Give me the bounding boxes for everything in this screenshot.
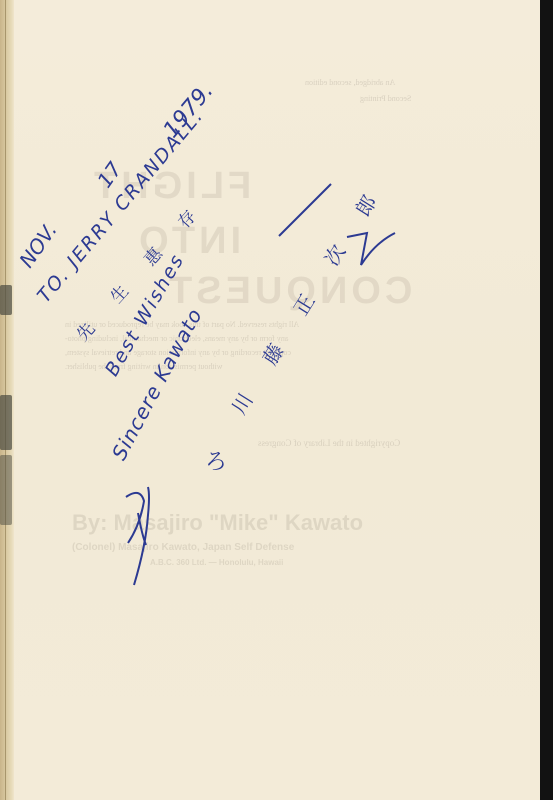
bleed-copyright: Copyrighted in the Library of Congress: [258, 438, 400, 448]
gutter-smudge: [0, 285, 12, 315]
bleed-edition: An abridged, second edition: [305, 78, 395, 87]
inscription-flourish: [120, 485, 170, 590]
book-page: An abridged, second edition Second Print…: [0, 0, 553, 800]
inscription-month: NOV.: [14, 219, 61, 272]
inscription-mark-2: ろ: [205, 445, 227, 476]
inscription-slash-stroke: [275, 180, 335, 240]
right-page-edge: [540, 0, 553, 800]
inscription-cjk-stroke: [345, 225, 400, 270]
bleed-author-sub-1: (Colonel) Masajiro Kawato, Japan Self De…: [72, 542, 294, 553]
bleed-printing: Second Printing: [360, 94, 411, 103]
gutter-smudge: [0, 455, 12, 525]
gutter-smudge: [0, 395, 12, 450]
bleed-rights-4: without permission in writing from the p…: [65, 362, 223, 371]
bleed-author: By: Masajiro "Mike" Kawato: [72, 510, 363, 536]
bleed-author-sub-2: A.B.C. 360 Ltd. — Honolulu, Hawaii: [150, 558, 283, 567]
